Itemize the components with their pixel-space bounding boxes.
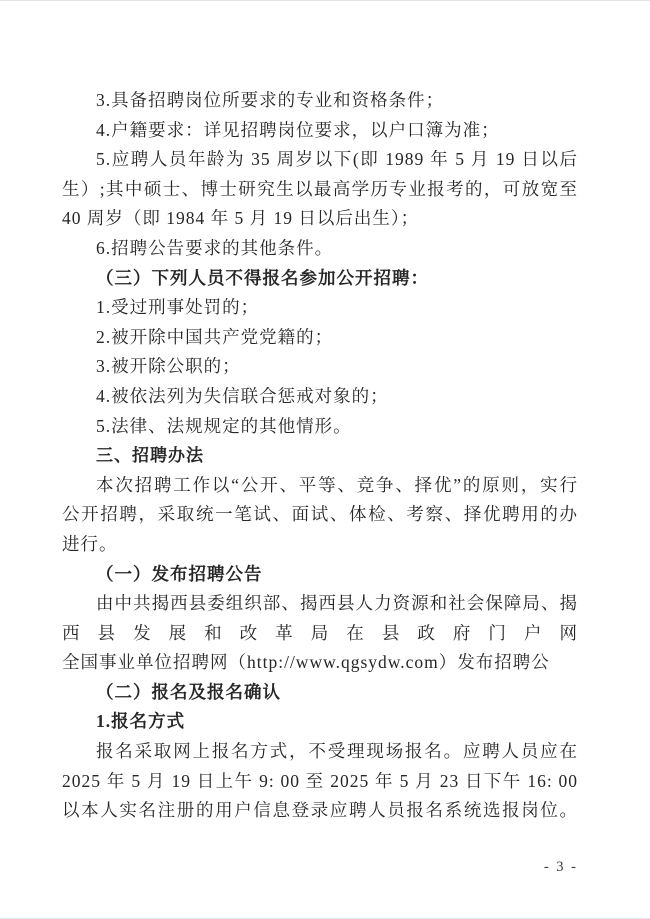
text-line: 全国事业单位招聘网（http://www.qgsydw.com）发布招聘公告。 [62, 648, 578, 678]
text-line: 3.被开除公职的； [62, 352, 578, 382]
text-line: （三）下列人员不得报名参加公开招聘： [62, 264, 578, 294]
text-line: 本次招聘工作以“公开、平等、竞争、择优”的原则，实行 [62, 471, 578, 501]
text-line: 以本人实名注册的用户信息登录应聘人员报名系统选报岗位。应 [62, 796, 578, 826]
text-line: 5.应聘人员年龄为 35 周岁以下(即 1989 年 5 月 19 日以后出 [62, 145, 578, 175]
text-line: 报名采取网上报名方式，不受理现场报名。应聘人员应在 [62, 737, 578, 767]
text-line: （二）报名及报名确认 [62, 678, 578, 708]
text-line: 进行。 [62, 530, 578, 560]
text-line: 3.具备招聘岗位所要求的专业和资格条件； [62, 86, 578, 116]
text-line: 2025 年 5 月 19 日上午 9: 00 至 2025 年 5 月 23 … [62, 767, 578, 797]
text-line: 5.法律、法规规定的其他情形。 [62, 412, 578, 442]
text-line: 4.户籍要求：详见招聘岗位要求，以户口簿为准； [62, 116, 578, 146]
text-line: 生）;其中硕士、博士研究生以最高学历专业报考的，可放宽至 [62, 175, 578, 205]
document-body: 3.具备招聘岗位所要求的专业和资格条件；4.户籍要求：详见招聘岗位要求，以户口簿… [62, 86, 578, 826]
text-line: 1.受过刑事处罚的； [62, 293, 578, 323]
text-line: 1.报名方式 [62, 707, 578, 737]
text-line: 4.被依法列为失信联合惩戒对象的； [62, 382, 578, 412]
document-page: 3.具备招聘岗位所要求的专业和资格条件；4.户籍要求：详见招聘岗位要求，以户口簿… [0, 0, 650, 919]
page-number: - 3 - [544, 859, 578, 876]
text-line: 公开招聘，采取统一笔试、面试、体检、考察、择优聘用的办法 [62, 500, 578, 530]
text-line: 2.被开除中国共产党党籍的； [62, 323, 578, 353]
text-line: 40 周岁（即 1984 年 5 月 19 日以后出生）； [62, 204, 578, 234]
text-line: 由中共揭西县委组织部、揭西县人力资源和社会保障局、揭 [62, 589, 578, 619]
text-line: （一）发布招聘公告 [62, 560, 578, 590]
text-line: 6.招聘公告要求的其他条件。 [62, 234, 578, 264]
text-line: 西县发展和改革局在县政府门户网（http://www.jiexi.gov.cn/… [62, 619, 578, 649]
text-line: 三、招聘办法 [62, 441, 578, 471]
